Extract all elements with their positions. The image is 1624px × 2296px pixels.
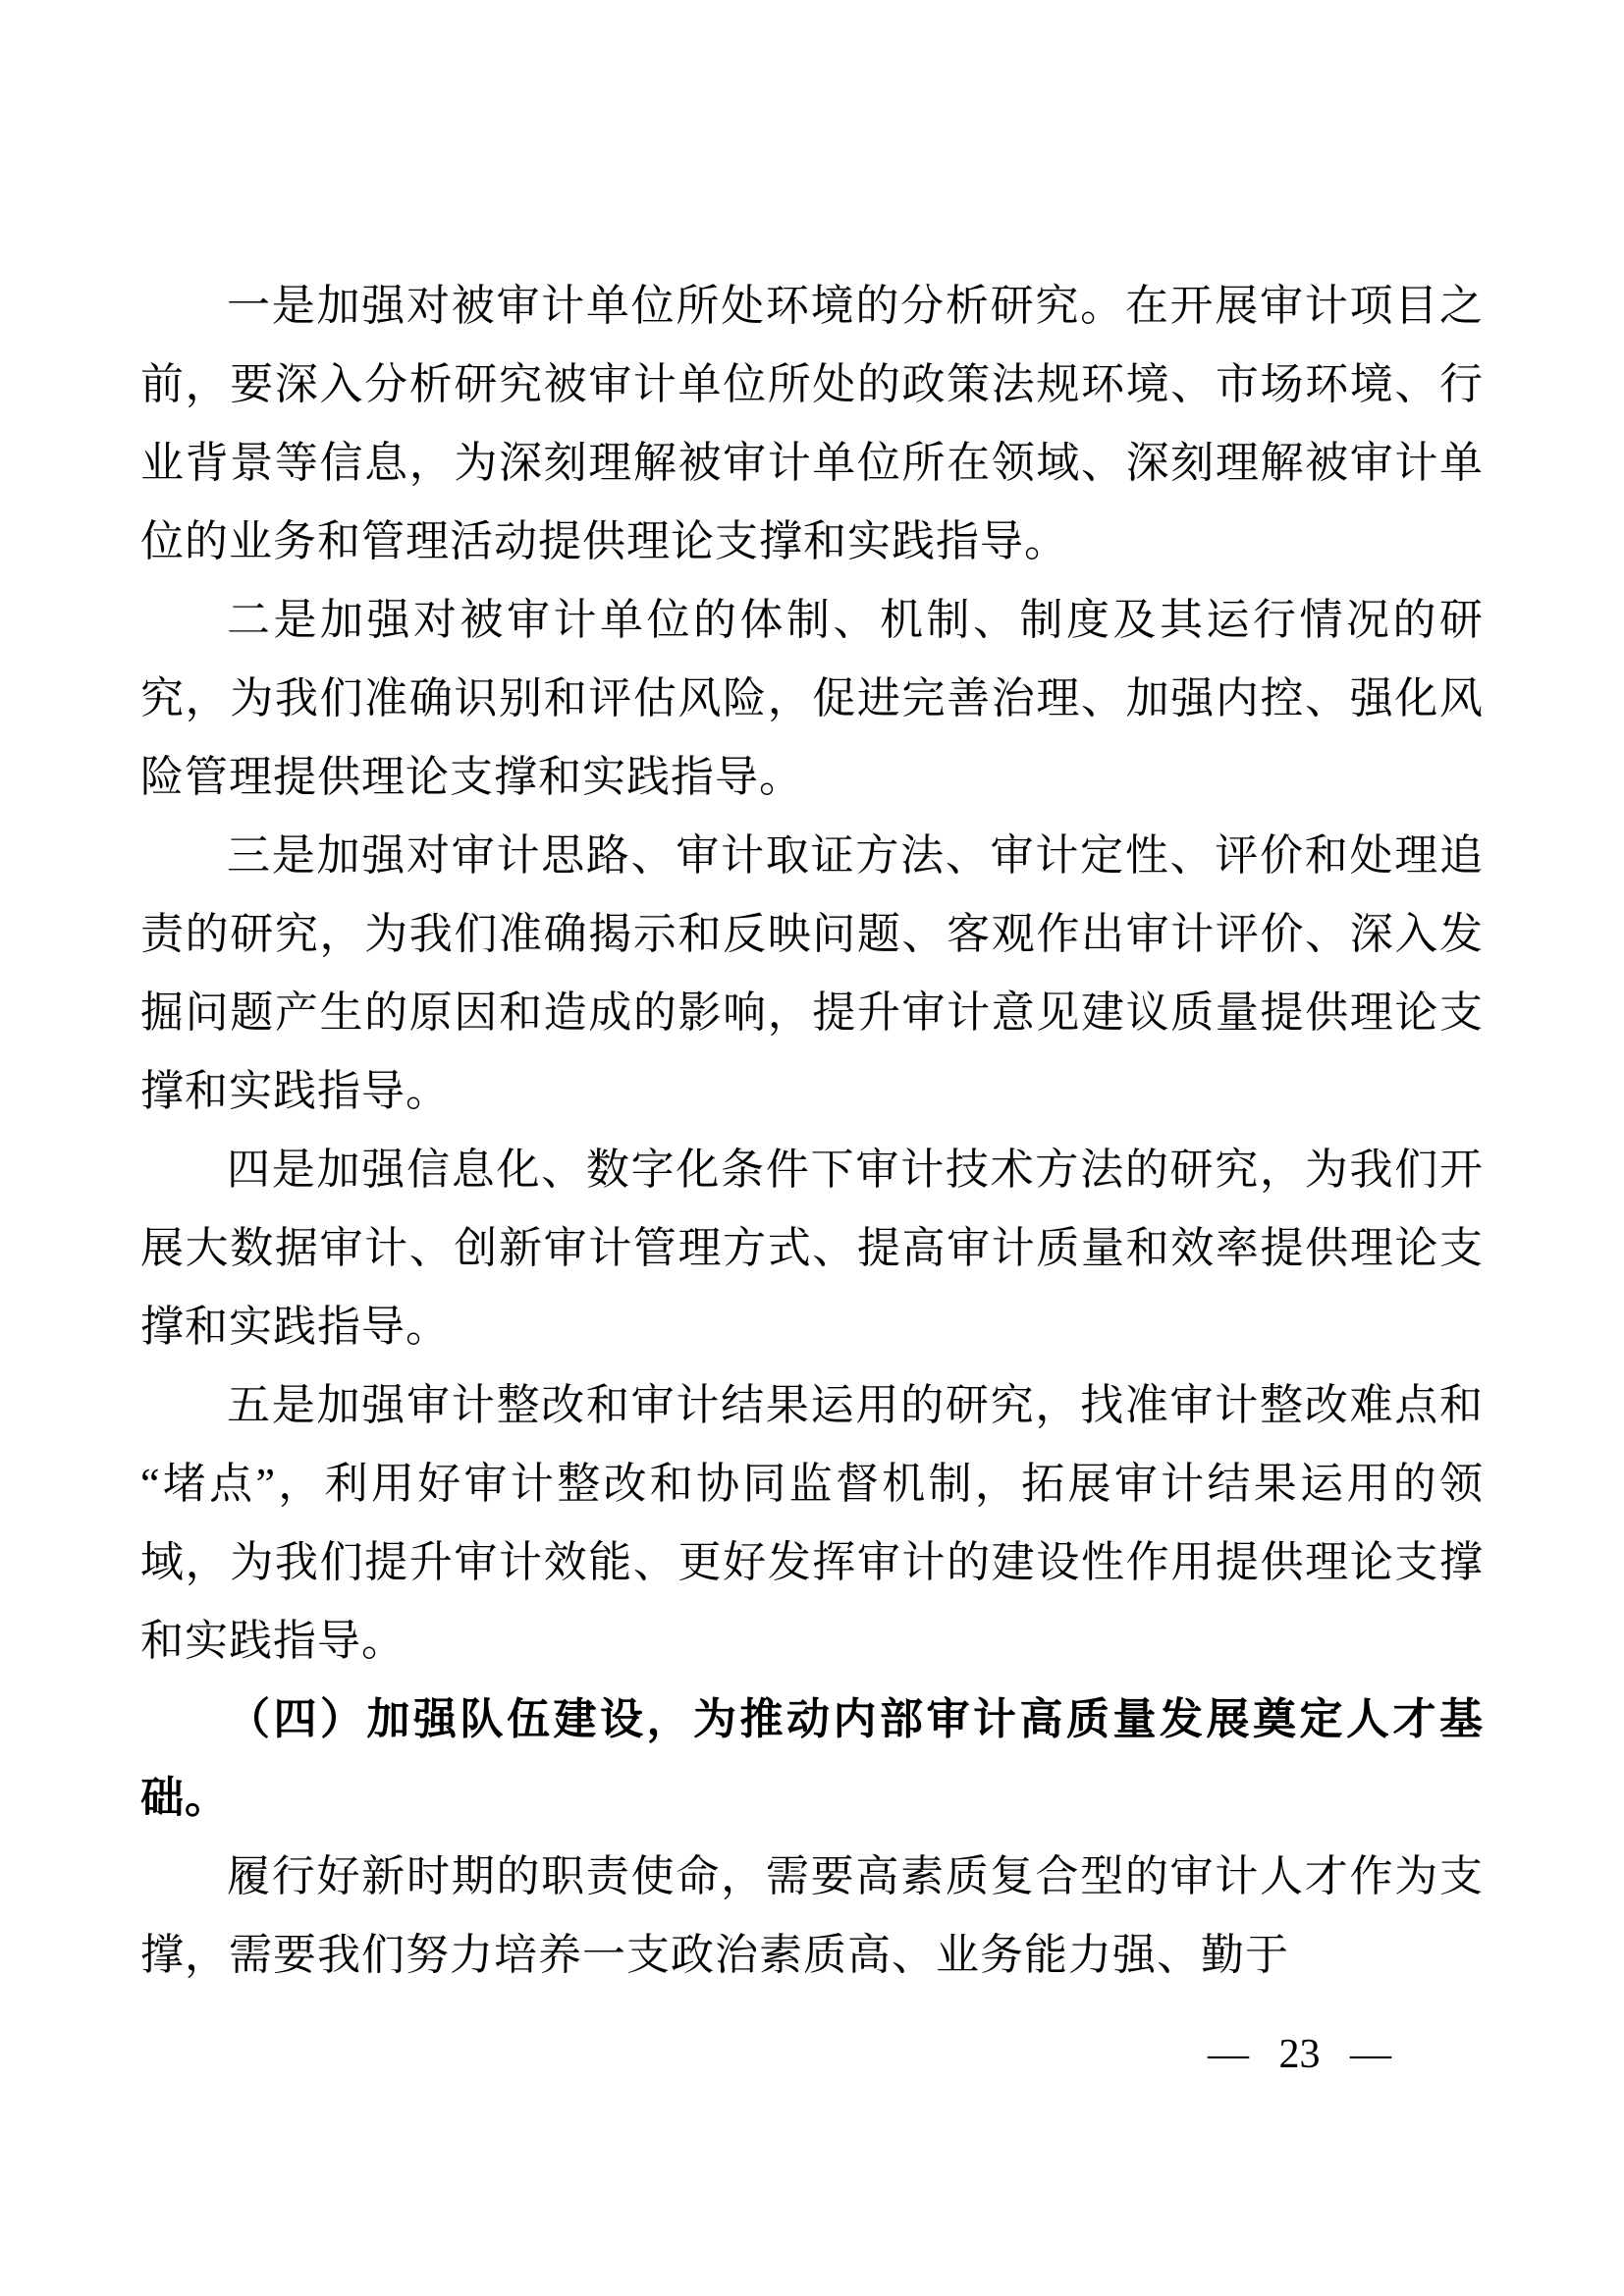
paragraph-point-1: 一是加强对被审计单位所处环境的分析研究。在开展审计项目之前，要深入分析研究被审计… (140, 267, 1484, 581)
section-heading: （四）加强队伍建设，为推动内部审计高质量发展奠定人才基础。 (140, 1681, 1484, 1838)
paragraph-point-3: 三是加强对审计思路、审计取证方法、审计定性、评价和处理追责的研究，为我们准确揭示… (140, 817, 1484, 1131)
paragraph-point-4: 四是加强信息化、数字化条件下审计技术方法的研究，为我们开展大数据审计、创新审计管… (140, 1131, 1484, 1366)
page-number: — 23 — (1208, 2030, 1391, 2079)
text-block: 一是加强对被审计单位所处环境的分析研究。在开展审计项目之前，要深入分析研究被审计… (140, 267, 1484, 1995)
document-page: 一是加强对被审计单位所处环境的分析研究。在开展审计项目之前，要深入分析研究被审计… (0, 0, 1624, 2296)
paragraph-point-2: 二是加强对被审计单位的体制、机制、制度及其运行情况的研究，为我们准确识别和评估风… (140, 581, 1484, 817)
paragraph-body: 履行好新时期的职责使命，需要高素质复合型的审计人才作为支撑，需要我们努力培养一支… (140, 1838, 1484, 1995)
paragraph-point-5: 五是加强审计整改和审计结果运用的研究，找准审计整改难点和“堵点”，利用好审计整改… (140, 1366, 1484, 1681)
